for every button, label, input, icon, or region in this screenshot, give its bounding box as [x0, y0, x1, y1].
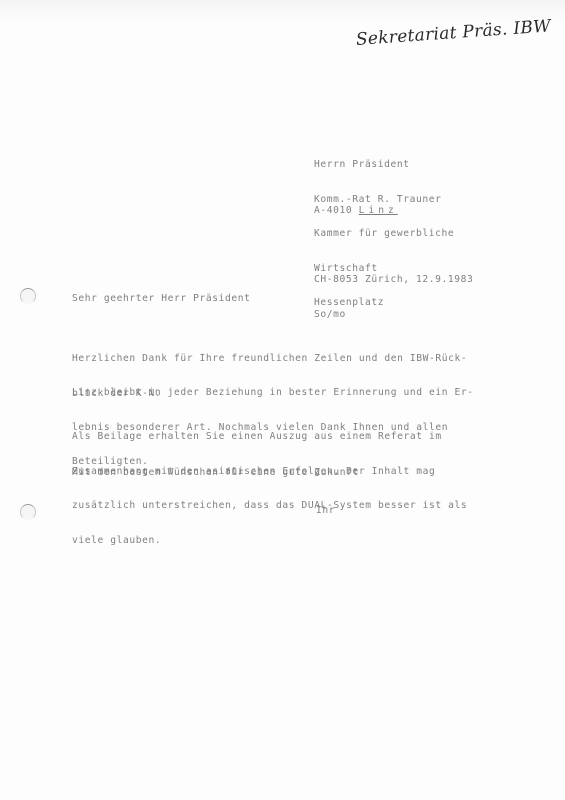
letter-page: Sekretariat Präs. IBW Herrn Präsident Ko…	[0, 0, 565, 800]
recipient-line: Kammer für gewerbliche	[314, 228, 454, 240]
signature: Ihr	[316, 505, 335, 517]
recipient-line: Komm.-Rat R. Trauner	[314, 194, 454, 206]
paragraph-3: Als Beilage erhalten Sie einen Auszug au…	[72, 408, 512, 569]
recipient-line: Herrn Präsident	[314, 159, 454, 171]
recipient-city-line: A-4010 Linz	[314, 205, 398, 217]
paragraph-line: zusätzlich unterstreichen, dass das DUAL…	[72, 500, 512, 512]
reference-initials: So/mo	[314, 309, 473, 321]
paragraph-line: Linz bleibt in jeder Beziehung in bester…	[72, 387, 512, 399]
paragraph-line: Herzlichen Dank für Ihre freundlichen Ze…	[72, 353, 512, 365]
closing: Mit den besten Wünschen für eine gute Zu…	[72, 467, 359, 479]
scan-shadow	[0, 0, 565, 22]
punch-hole-icon	[20, 504, 36, 520]
paragraph-line: viele glauben.	[72, 535, 512, 547]
punch-hole-icon	[20, 288, 36, 304]
place-date: CH-8053 Zürich, 12.9.1983	[314, 274, 473, 286]
salutation: Sehr geehrter Herr Präsident	[72, 293, 251, 305]
city: Linz	[359, 205, 398, 216]
paragraph-line: Als Beilage erhalten Sie einen Auszug au…	[72, 431, 512, 443]
postal-code: A-4010	[314, 205, 352, 216]
